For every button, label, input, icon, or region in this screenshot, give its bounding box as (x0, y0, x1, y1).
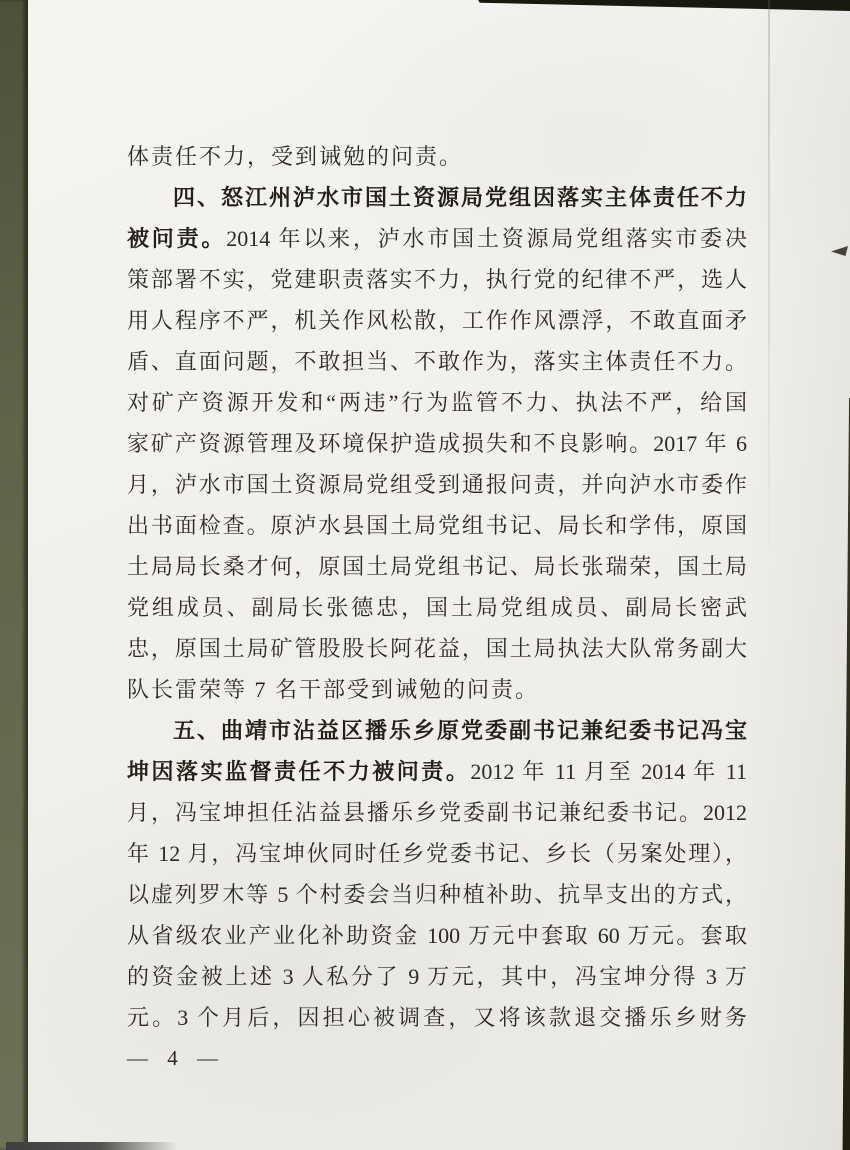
text-line: 队长雷荣等 7 名干部受到诫勉的问责。 (127, 669, 747, 710)
body-segment: 以虚列罗木等 5 个村委会当归种植补助、抗旱支出的方式， (127, 882, 747, 907)
scanned-document-page: 体责任不力，受到诫勉的问责。四、怒江州泸水市国土资源局党组因落实主体责任不力被问… (0, 0, 850, 1150)
text-line: 被问责。2014 年以来，泸水市国土资源局党组落实市委决 (127, 218, 747, 259)
text-line: 以虚列罗木等 5 个村委会当归种植补助、抗旱支出的方式， (127, 874, 747, 915)
body-segment: 策部署不实，党建职责落实不力，执行党的纪律不严，选人 (127, 267, 747, 292)
text-line: 年 12 月，冯宝坤伙同时任乡党委书记、乡长（另案处理）， (127, 833, 747, 874)
text-line: 月，泸水市国土资源局党组受到通报问责，并向泸水市委作 (127, 464, 747, 505)
page-number: — 4 — (127, 1039, 225, 1077)
body-segment: 体责任不力，受到诫勉的问责。 (127, 144, 463, 169)
body-segment: 用人程序不严，机关作风松散，工作作风漂浮，不敢直面矛 (127, 308, 747, 333)
text-line: 出书面检查。原泸水县国土局党组书记、局长和学伟，原国 (127, 505, 747, 546)
body-segment: 出书面检查。原泸水县国土局党组书记、局长和学伟，原国 (127, 513, 747, 538)
text-line: 土局局长桑才何，原国土局党组书记、局长张瑞荣，国土局 (127, 546, 747, 587)
body-segment: 盾、直面问题，不敢担当、不敢作为，落实主体责任不力。 (127, 349, 747, 374)
body-segment: 土局局长桑才何，原国土局党组书记、局长张瑞荣，国土局 (127, 554, 747, 579)
text-line: 用人程序不严，机关作风松散，工作作风漂浮，不敢直面矛 (127, 300, 747, 341)
text-line: 五、曲靖市沾益区播乐乡原党委副书记兼纪委书记冯宝 (127, 710, 747, 751)
text-line: 盾、直面问题，不敢担当、不敢作为，落实主体责任不力。 (127, 341, 747, 382)
scan-edge-bottom-shadow (6, 1142, 178, 1150)
text-line: 党组成员、副局长张德忠，国土局党组成员、副局长密武 (127, 587, 747, 628)
text-line: 家矿产资源管理及环境保护造成损失和不良影响。2017 年 6 (127, 423, 747, 464)
body-segment: 元。3 个月后，因担心被调查，又将该款退交播乐乡财务 (127, 1005, 747, 1030)
heading-segment: 坤因落实监督责任不力被问责。 (127, 759, 470, 784)
body-segment: 从省级农业产业化补助资金 100 万元中套取 60 万元。套取 (127, 923, 747, 948)
text-line: 从省级农业产业化补助资金 100 万元中套取 60 万元。套取 (127, 915, 747, 956)
body-segment: 2014 年以来，泸水市国土资源局党组落实市委决 (226, 226, 747, 251)
body-segment: 忠，原国土局矿管股股长阿花益，国土局执法大队常务副大 (127, 636, 747, 661)
body-segment: 家矿产资源管理及环境保护造成损失和不良影响。2017 年 6 (127, 431, 747, 456)
text-line: 体责任不力，受到诫勉的问责。 (127, 136, 747, 177)
text-line: 的资金被上述 3 人私分了 9 万元，其中，冯宝坤分得 3 万 (127, 956, 747, 997)
text-line: 坤因落实监督责任不力被问责。2012 年 11 月至 2014 年 11 (127, 751, 747, 792)
body-segment: 月，冯宝坤担任沾益县播乐乡党委副书记兼纪委书记。2012 (127, 800, 747, 825)
heading-segment: 被问责。 (127, 226, 226, 251)
text-line: 月，冯宝坤担任沾益县播乐乡党委副书记兼纪委书记。2012 (127, 792, 747, 833)
text-line: 对矿产资源开发和“两违”行为监管不力、执法不严，给国 (127, 382, 747, 423)
body-segment: 月，泸水市国土资源局党组受到通报问责，并向泸水市委作 (127, 472, 747, 497)
heading-segment: 五、曲靖市沾益区播乐乡原党委副书记兼纪委书记冯宝 (173, 718, 747, 743)
body-segment: 2012 年 11 月至 2014 年 11 (470, 759, 747, 784)
text-body: 体责任不力，受到诫勉的问责。四、怒江州泸水市国土资源局党组因落实主体责任不力被问… (127, 136, 747, 1038)
text-line: 忠，原国土局矿管股股长阿花益，国土局执法大队常务副大 (127, 628, 747, 669)
heading-segment: 四、怒江州泸水市国土资源局党组因落实主体责任不力 (173, 185, 747, 210)
text-line: 策部署不实，党建职责落实不力，执行党的纪律不严，选人 (127, 259, 747, 300)
body-segment: 年 12 月，冯宝坤伙同时任乡党委书记、乡长（另案处理）， (127, 841, 747, 866)
body-segment: 党组成员、副局长张德忠，国土局党组成员、副局长密武 (127, 595, 747, 620)
text-line: 元。3 个月后，因担心被调查，又将该款退交播乐乡财务 (127, 997, 747, 1038)
body-segment: 的资金被上述 3 人私分了 9 万元，其中，冯宝坤分得 3 万 (127, 964, 747, 989)
body-segment: 对矿产资源开发和“两违”行为监管不力、执法不严，给国 (127, 390, 747, 415)
text-line: 四、怒江州泸水市国土资源局党组因落实主体责任不力 (127, 177, 747, 218)
body-segment: 队长雷荣等 7 名干部受到诫勉的问责。 (127, 677, 539, 702)
scan-edge-left-binding (0, 0, 28, 1150)
paper-crease (768, 0, 770, 545)
